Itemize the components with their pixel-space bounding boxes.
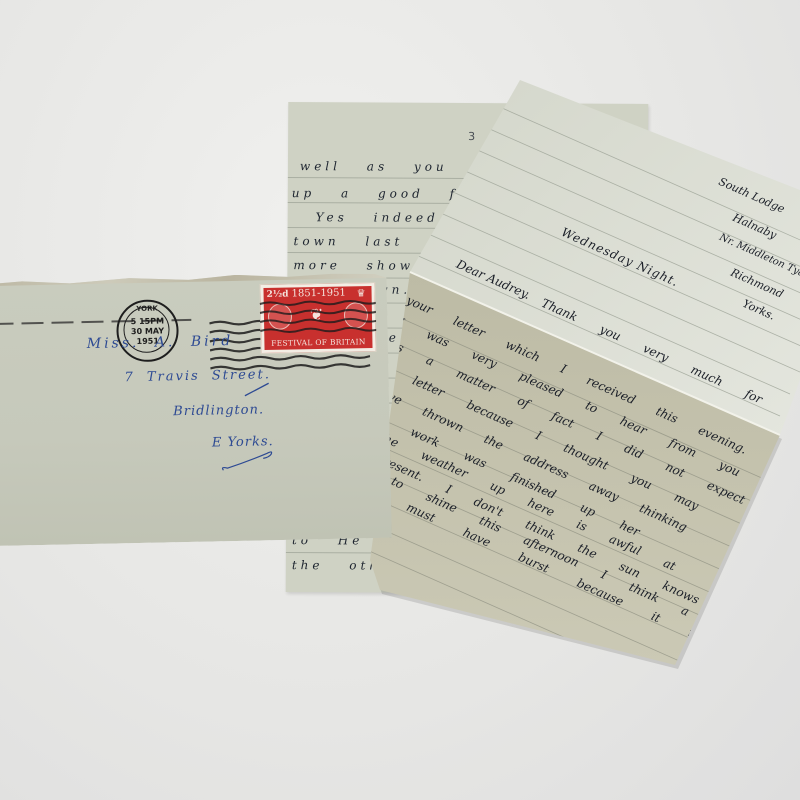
postage-stamp: 2½d 1851-1951 ♛ ❦ FESTIVAL OF BRITAIN	[260, 283, 375, 353]
postmark-time: 5 15PM	[118, 316, 176, 326]
recipient-county: E Yorks.	[212, 434, 274, 450]
salutation: Dear Audrey.	[454, 257, 532, 302]
flourish-underline	[219, 449, 280, 475]
sender-address-line: Richmond	[729, 266, 786, 301]
stamp-cancellation-lines	[260, 294, 377, 346]
sender-address-line: Yorks.	[741, 297, 777, 323]
address-dash-mark	[243, 379, 273, 400]
recipient-town: Bridlington.	[173, 402, 264, 419]
postmark-town: YORK	[118, 304, 176, 314]
date-line: Wednesday Night.	[559, 225, 681, 289]
photo-scene: 3 well as you did the up a good few runs…	[0, 0, 800, 800]
postmark: YORK 5 15PM 30 MAY 1951	[116, 299, 179, 362]
sender-address-line: Halnaby	[731, 211, 779, 242]
sender-address-line: South Lodge	[717, 175, 787, 216]
recipient-name: Miss. A. Bird	[87, 333, 234, 352]
letter-body-line: present. I don't think the sun knows	[374, 451, 701, 607]
